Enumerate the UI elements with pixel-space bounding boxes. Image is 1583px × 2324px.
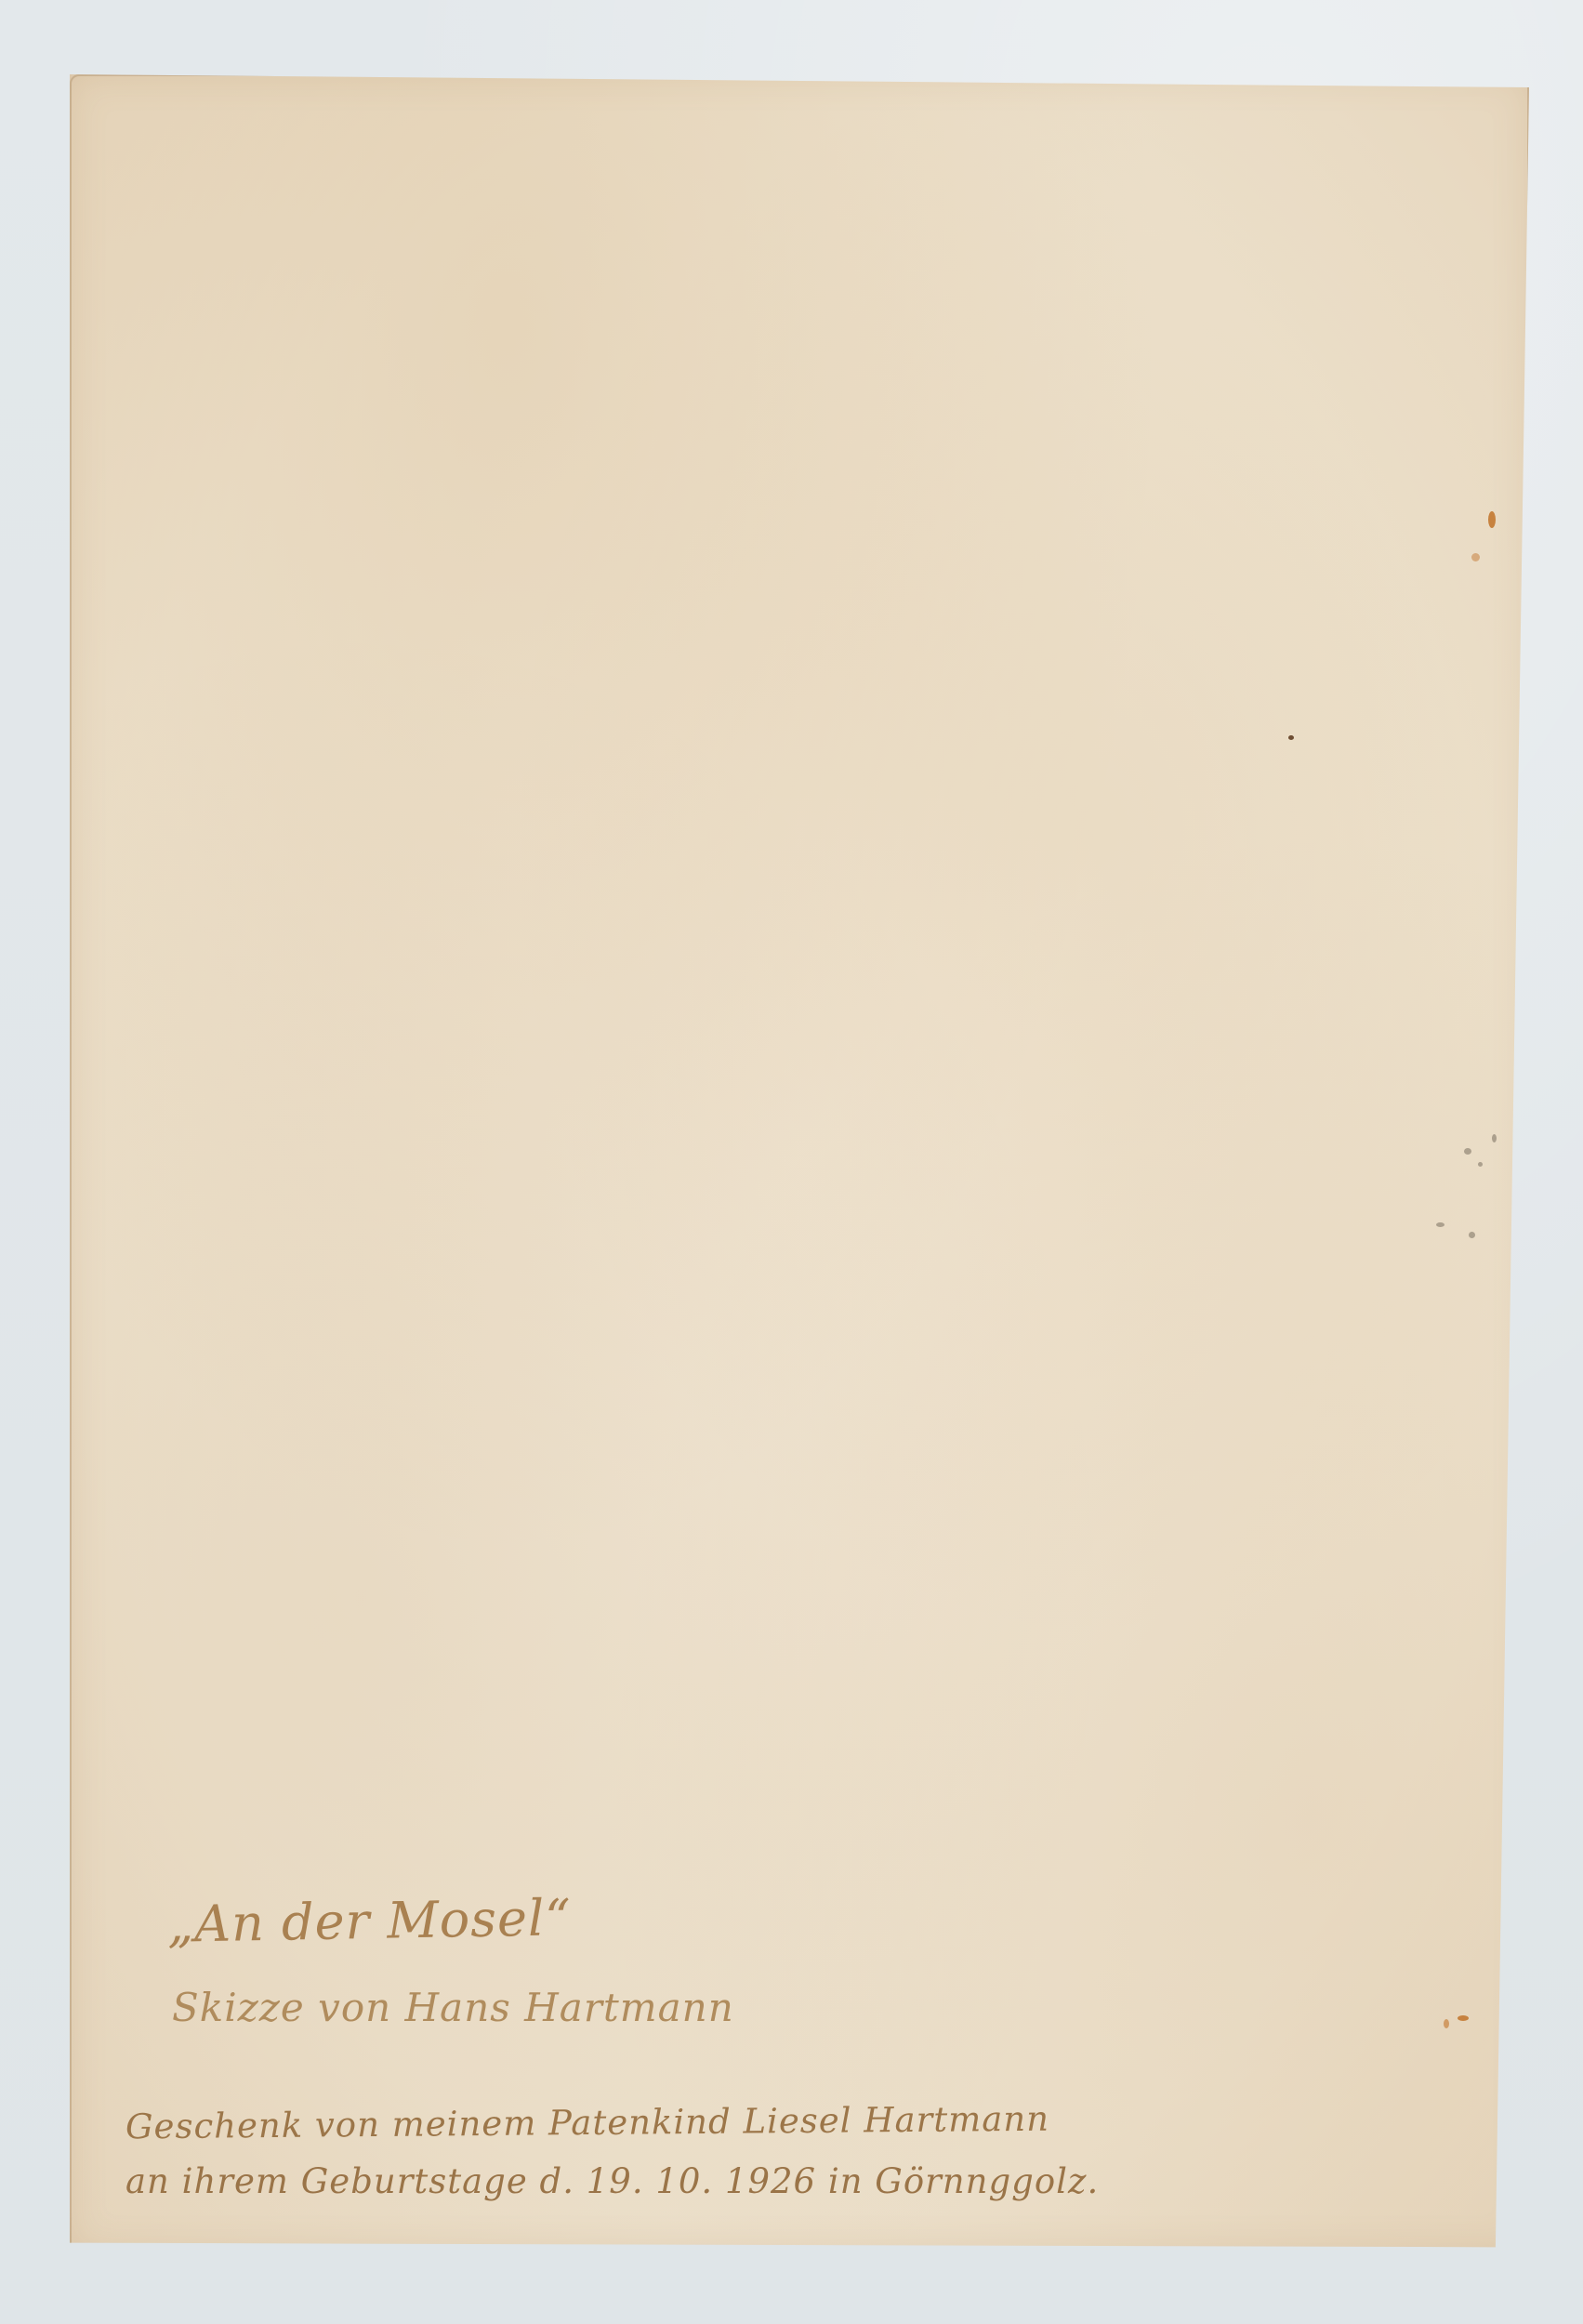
foxing-stain [1436,1222,1444,1227]
foxing-stain [1469,1232,1475,1238]
foxing-stain [1488,511,1496,528]
foxing-stain [1444,2019,1449,2028]
inscription-gift-line-2: an ihrem Geburtstage d. 19. 10. 1926 in … [125,2161,1099,2201]
foxing-stain [1492,1134,1497,1142]
foxing-stain [1471,553,1480,561]
ink-speck [1288,735,1294,740]
inscription-title: „An der Mosel“ [166,1888,572,1954]
foxing-stain [1478,1162,1483,1167]
foxing-stain [1458,2015,1469,2021]
foxing-stain [1464,1148,1471,1155]
inscription-artist: Skizze von Hans Hartmann [172,1985,734,2030]
inscription-gift-line-1: Geschenk von meinem Patenkind Liesel Har… [125,2099,1049,2147]
